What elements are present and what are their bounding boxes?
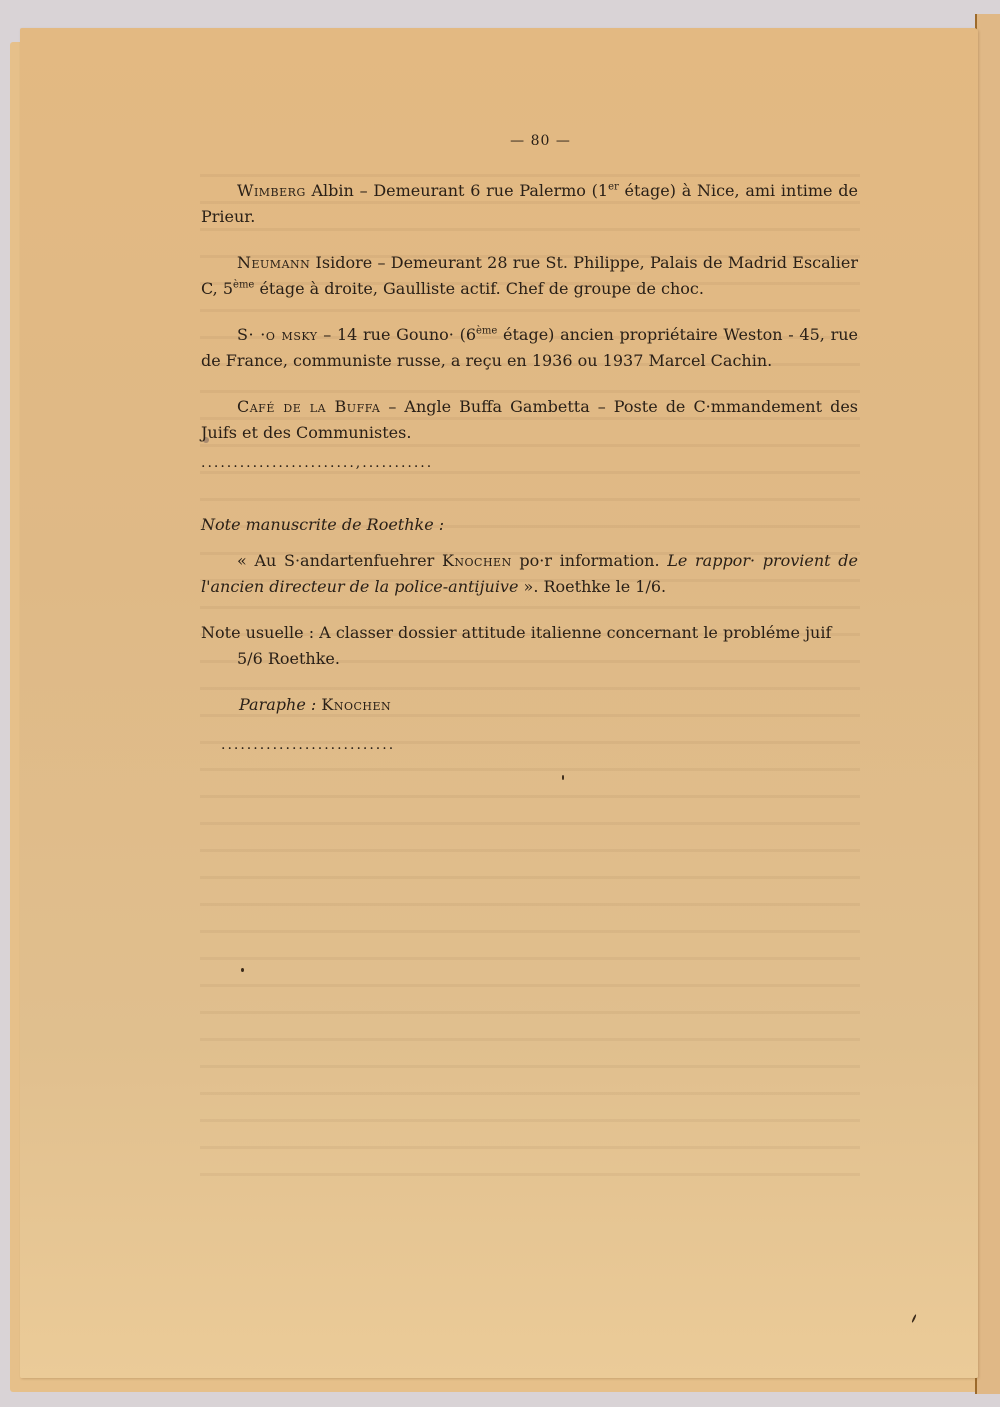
entry-name: S· ·o msky (237, 325, 318, 344)
manuscript-note-title: Note manuscrite de Roethke : (201, 512, 858, 538)
ellipsis-separator: ........................,........... (201, 450, 858, 476)
entry-sup: ème (233, 280, 254, 291)
entry-name: Café de la Buffa (237, 397, 380, 416)
document-body: — 80 — Wimberg Albin – Demeurant 6 rue P… (201, 128, 858, 758)
entry-text: Albin – Demeurant 6 rue Palermo (1 (312, 181, 609, 200)
next-page-edge (975, 14, 1000, 1394)
entry-name: Neumann (237, 253, 310, 272)
entry-sup: er (608, 182, 619, 193)
quote-name: Knochen (442, 551, 512, 570)
paraphe: Paraphe : Knochen (239, 692, 858, 718)
ellipsis-separator-end: ........................... (221, 732, 858, 758)
paraphe-label: Paraphe : (239, 695, 316, 714)
ink-speck (241, 968, 244, 972)
page-number: — 80 — (223, 128, 858, 154)
quote-mid: po·r information. (512, 551, 668, 570)
paraphe-name: Knochen (321, 695, 391, 714)
entry-text: – 14 rue Gouno· (6 (323, 325, 476, 344)
quote-close: ». Roethke le 1/6. (518, 577, 666, 596)
entry-sosomsky: S· ·o msky – 14 rue Gouno· (6ème étage) … (201, 322, 858, 374)
entry-sup: ème (476, 326, 497, 337)
usual-note: Note usuelle : A classer dossier attitud… (201, 620, 858, 672)
entry-cafe-buffa: Café de la Buffa – Angle Buffa Gambetta … (201, 394, 858, 446)
quote-open: « Au S·andartenfuehrer (237, 551, 442, 570)
entry-wimberg: Wimberg Albin – Demeurant 6 rue Palermo … (201, 178, 858, 230)
manuscript-note-quote: « Au S·andartenfuehrer Knochen po·r info… (201, 548, 858, 600)
ink-speck (562, 775, 564, 780)
entry-neumann: Neumann Isidore – Demeurant 28 rue St. P… (201, 250, 858, 302)
entry-text-cont: étage à droite, Gaulliste actif. Chef de… (254, 279, 704, 298)
entry-name: Wimberg (237, 181, 306, 200)
